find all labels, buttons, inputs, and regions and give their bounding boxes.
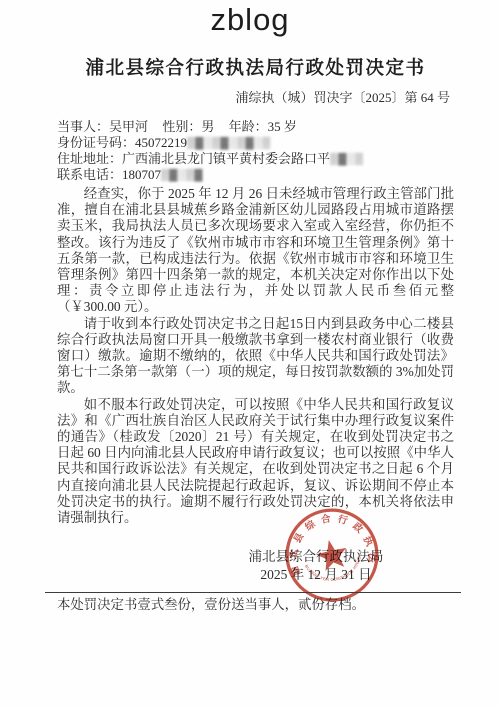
issue-date: 2025 年 12 月 31 日 [236,566,396,584]
party-phone-label: 联系电话： [57,167,122,182]
party-info-block: 当事人：吴甲河性别：男年龄：35 岁 身份证号码：45072219▒▓░▒▓░▒… [57,119,454,183]
party-name-value: 吴甲河 [109,119,148,134]
page: zblog 浦北县综合行政执法局行政处罚决定书 浦综执（城）罚决字〔2025〕第… [0,0,500,707]
redaction-mosaic: ▒▓░▒ [330,153,363,165]
party-id-value: 45072219 [135,135,187,150]
paragraph-facts-and-penalty: 经查实，你于 2025 年 12 月 26 日未经城市管理行政主管部门批准，擅自… [57,186,454,316]
party-phone-value: 180707 [122,167,161,182]
party-line-id: 身份证号码：45072219▒▓░▒▓░▒▓░▒ [57,135,454,151]
party-name-label: 当事人： [57,119,109,134]
redaction-mosaic: ▒▓░▒▓ [161,169,203,181]
party-line-identity: 当事人：吴甲河性别：男年龄：35 岁 [57,119,454,135]
party-line-address: 住址地址：广西浦北县龙门镇平黄村委会路口平▒▓░▒ [57,151,454,167]
paragraph-payment-instructions: 请于收到本行政处罚决定书之日起15日内到县政务中心二楼县综合行政执法局窗口开具一… [57,316,454,397]
party-gender-value: 男 [201,119,214,134]
paragraph-appeal-rights: 如不服本行政处罚决定，可以按照《中华人民共和国行政复议法》和《广西壮族自治区人民… [57,397,454,527]
party-gender-label: 性别： [162,119,201,134]
document-title: 浦北县综合行政执法局行政处罚决定书 [57,54,454,80]
redaction-mosaic: ▒▓░▒▓░▒▓░▒ [187,137,271,149]
party-line-phone: 联系电话：180707▒▓░▒▓ [57,167,454,183]
footer-divider: 本处罚决定书壹式叁份，壹份送当事人，贰份存档。 [45,592,461,613]
party-age-label: 年龄： [229,119,268,134]
penalty-document: 浦北县综合行政执法局行政处罚决定书 浦综执（城）罚决字〔2025〕第 64 号 … [57,52,454,526]
document-number: 浦综执（城）罚决字〔2025〕第 64 号 [57,87,454,106]
party-id-label: 身份证号码： [57,135,135,150]
issuing-agency: 浦北县综合行政执法局 [236,548,396,566]
signature-block: 浦北县综合行政执法局 2025 年 12 月 31 日 [236,548,396,584]
copies-note: 本处罚决定书壹式叁份，壹份送当事人，贰份存档。 [45,593,461,613]
party-address-label: 住址地址： [57,151,122,166]
party-address-value: 广西浦北县龙门镇平黄村委会路口平 [122,151,330,166]
site-logo[interactable]: zblog [0,2,500,38]
document-body: 经查实，你于 2025 年 12 月 26 日未经城市管理行政主管部门批准，擅自… [57,186,454,526]
party-age-value: 35 岁 [268,119,297,134]
